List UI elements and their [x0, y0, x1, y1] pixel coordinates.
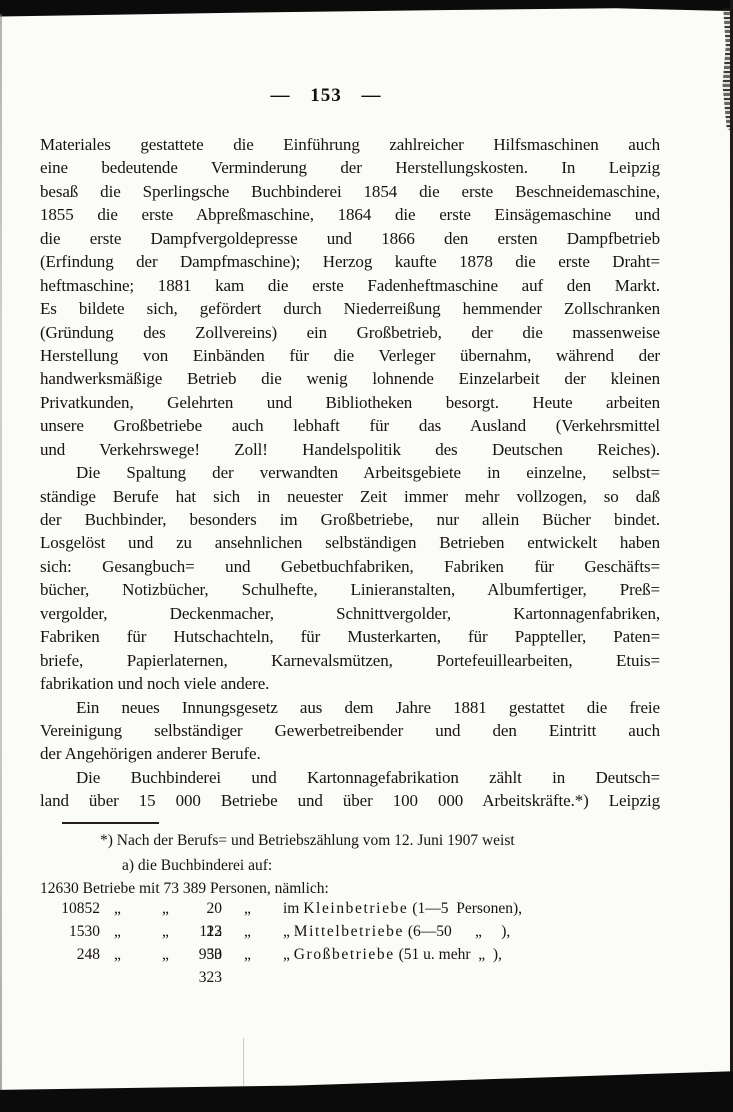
scan-artifact-line — [243, 1038, 244, 1090]
text-line: land über 15 000 Betriebe und über 100 0… — [40, 789, 660, 812]
text-line: unsere Großbetriebe auch lebhaft für das… — [40, 414, 660, 437]
text-line: und Verkehrswege! Zoll! Handelspolitik d… — [40, 438, 660, 461]
scan-border-top — [0, 0, 733, 18]
desc-suffix: (1—5 Personen), — [408, 900, 522, 917]
count-personen: 20 113 — [180, 897, 222, 920]
text-line: bücher, Notizbücher, Schulhefte, Liniera… — [40, 578, 660, 601]
text-line: besaß die Sperlingsche Buchbinderei 1854… — [40, 180, 660, 203]
ditto-mark: „ — [162, 897, 169, 920]
text-line: (Gründung des Zollvereins) ein Großbetri… — [40, 321, 660, 344]
text-line: sich: Gesangbuch= und Gebetbuchfabriken,… — [40, 555, 660, 578]
count-betriebe: 248 — [40, 943, 100, 966]
count-betriebe: 1530 — [40, 920, 100, 943]
text-line: die erste Dampfvergoldepresse und 1866 d… — [40, 227, 660, 250]
desc-prefix: „ — [283, 923, 294, 940]
text-line: briefe, Papierlaternen, Karnevalsmützen,… — [40, 649, 660, 672]
count-betriebe: 10852 — [40, 897, 100, 920]
text-line: Privatkunden, Gelehrten und Bibliotheken… — [40, 391, 660, 414]
body-text: Materiales gestattete die Einführung zah… — [40, 133, 660, 813]
text-line: der Angehörigen anderer Berufe. — [40, 742, 660, 765]
scan-edge-left — [0, 14, 2, 1094]
ditto-mark: „ — [162, 943, 169, 966]
text-line: Herstellung von Einbänden für die Verleg… — [40, 344, 660, 367]
row-description: „ Mittelbetriebe (6—50 „ ), — [283, 920, 510, 943]
text-line: ständige Berufe hat sich in neuester Zei… — [40, 485, 660, 508]
text-line: 1855 die erste Abpreßmaschine, 1864 die … — [40, 203, 660, 226]
scan-border-bottom — [0, 1064, 733, 1112]
ditto-mark: „ — [114, 943, 121, 966]
desc-suffix: (6—50 „ ), — [404, 923, 510, 940]
text-line: (Erfindung der Dampfmaschine); Herzog ka… — [40, 250, 660, 273]
desc-spaced-word: Kleinbetriebe — [303, 900, 408, 917]
ditto-mark: „ — [114, 920, 121, 943]
ditto-mark: „ — [162, 920, 169, 943]
text-line: Die Spaltung der verwandten Arbeitsgebie… — [40, 461, 660, 484]
footnote-line: 12630 Betriebe mit 73 389 Personen, näml… — [40, 878, 329, 900]
ditto-mark: „ — [114, 897, 121, 920]
ditto-mark: „ — [244, 943, 251, 966]
text-line: heftmaschine; 1881 kam die erste Fadenhe… — [40, 274, 660, 297]
text-line: Die Buchbinderei und Kartonnagefabrikati… — [40, 766, 660, 789]
row-description: im Kleinbetriebe (1—5 Personen), — [283, 897, 522, 920]
desc-prefix: „ — [283, 946, 294, 963]
text-line: Ein neues Innungsgesetz aus dem Jahre 18… — [40, 696, 660, 719]
desc-suffix: (51 u. mehr „ ), — [395, 946, 502, 963]
ditto-mark: „ — [244, 897, 251, 920]
row-description: „ Großbetriebe (51 u. mehr „ ), — [283, 943, 502, 966]
footnote-line: *) Nach der Berufs= und Betriebszählung … — [100, 830, 515, 852]
page-number: — 153 — — [0, 85, 652, 107]
desc-spaced-word: Mittelbetriebe — [294, 923, 404, 940]
text-line: Vereinigung selbständiger Gewerbetreiben… — [40, 719, 660, 742]
count-personen: 22 953 — [180, 920, 222, 943]
desc-prefix: im — [283, 900, 303, 917]
scanned-page: — 153 — Materiales gestattete die Einfüh… — [0, 0, 733, 1112]
ditto-mark: „ — [244, 920, 251, 943]
text-line: der Buchbinder, besonders im Großbetrieb… — [40, 508, 660, 531]
count-personen: 30 323 — [180, 943, 222, 966]
text-line: handwerksmäßige Betrieb die wenig lohnen… — [40, 367, 660, 390]
footnote-line: a) die Buchbinderei auf: — [122, 855, 272, 877]
text-line: Losgelöst und zu ansehnlichen selbständi… — [40, 531, 660, 554]
text-line: Materiales gestattete die Einführung zah… — [40, 133, 660, 156]
text-line: vergolder, Deckenmacher, Schnittvergolde… — [40, 602, 660, 625]
footnote-table-row: 248„„30 323„„ Großbetriebe (51 u. mehr „… — [40, 943, 690, 966]
footnote-table-row: 10852„„20 113„im Kleinbetriebe (1—5 Pers… — [40, 897, 690, 920]
footnote-separator — [62, 822, 159, 824]
text-line: Fabriken für Hutschachteln, für Musterka… — [40, 625, 660, 648]
text-line: eine bedeutende Verminderung der Herstel… — [40, 156, 660, 179]
footnote-table-row: 1530„„22 953„„ Mittelbetriebe (6—50 „ ), — [40, 920, 690, 943]
text-line: Es bildete sich, gefördert durch Niederr… — [40, 297, 660, 320]
footnote-table: 10852„„20 113„im Kleinbetriebe (1—5 Pers… — [40, 897, 690, 966]
text-line: fabrikation und noch viele andere. — [40, 672, 660, 695]
desc-spaced-word: Großbetriebe — [294, 946, 395, 963]
